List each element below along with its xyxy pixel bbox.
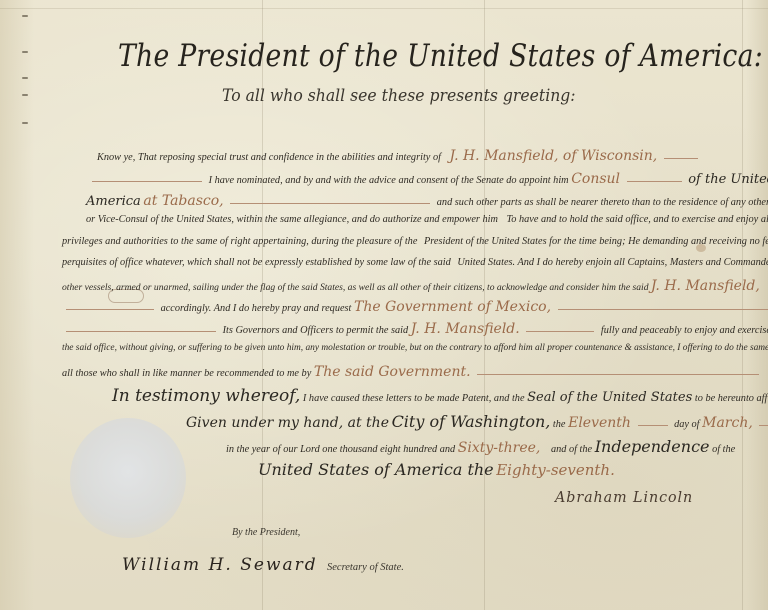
binding-mark: [22, 122, 28, 124]
host-government: The Government of Mexico,: [354, 299, 551, 315]
binding-mark: [22, 51, 28, 53]
body-text: Given under my hand, at the: [186, 415, 389, 431]
body-text: and of the: [551, 444, 592, 455]
body-text: the: [553, 419, 566, 430]
fold-line: [0, 8, 768, 9]
recommending-government: The said Government.: [314, 364, 471, 380]
binding-mark: [22, 94, 28, 96]
body-line-10: the said office, without giving, or suff…: [62, 343, 768, 353]
post-location: at Tabasco,: [143, 193, 223, 209]
independence-year: Eighty-seventh.: [496, 461, 615, 479]
fill-line: [477, 373, 759, 375]
fill-line: [638, 424, 668, 426]
body-text: to be hereunto affixed.: [695, 393, 768, 404]
city-name: City of Washington,: [392, 412, 551, 431]
fill-line: [627, 180, 682, 182]
body-text: United States of America the: [258, 460, 494, 479]
body-text: America: [86, 194, 141, 209]
appointee-name: J. H. Mansfield.: [411, 321, 520, 337]
body-text: I have nominated, and by and with the ad…: [209, 175, 569, 186]
body-text: accordingly. And I do hereby pray and re…: [161, 303, 352, 314]
body-text: of the: [712, 444, 735, 455]
body-text: Its Governors and Officers to permit the…: [223, 325, 409, 336]
binding-mark: [22, 15, 28, 17]
secretary-signature: William H. Seward: [122, 555, 318, 575]
body-text: all those who shall in like manner be re…: [62, 368, 311, 379]
body-text: Know ye, That reposing special trust and…: [97, 152, 441, 163]
testimony-line-2: Given under my hand, at the City of Wash…: [186, 412, 768, 431]
body-text: in the year of our Lord one thousand eig…: [226, 444, 455, 455]
body-text: United States. And I do hereby enjoin al…: [457, 257, 768, 268]
document-title: The President of the United States of Am…: [118, 38, 763, 74]
body-line-3: America at Tabasco, and such other parts…: [86, 193, 768, 209]
body-line-6: perquisites of office whatever, which sh…: [62, 257, 768, 268]
office-title: Consul: [571, 171, 620, 187]
fill-line: [759, 424, 768, 426]
date-year: Sixty-three,: [458, 440, 541, 456]
left-edge-shading: [0, 0, 34, 610]
commission-document: The President of the United States of Am…: [0, 0, 768, 610]
body-text: President of the United States for the t…: [424, 236, 768, 247]
date-day: Eleventh: [568, 415, 631, 431]
fill-line: [526, 330, 594, 332]
body-text: Independence: [595, 437, 710, 456]
fill-line: [92, 180, 202, 182]
body-text: fully and peaceably to enjoy and exercis…: [601, 325, 768, 336]
body-text: Seal of the United States: [527, 390, 692, 405]
testimony-heading: In testimony whereof,: [112, 386, 300, 406]
by-the-president-label: By the President,: [232, 527, 300, 538]
appointee-name: J. H. Mansfield, of Wisconsin,: [450, 148, 658, 164]
body-line-4: or Vice-Consul of the United States, wit…: [86, 214, 768, 225]
body-line-1: Know ye, That reposing special trust and…: [97, 148, 702, 164]
body-text: To have and to hold the said office, and…: [507, 214, 768, 225]
body-text: privileges and authorities to the same o…: [62, 236, 417, 247]
testimony-line-4: United States of America the Eighty-seve…: [258, 460, 615, 479]
body-text: perquisites of office whatever, which sh…: [62, 257, 451, 268]
body-text: the said office, without giving, or suff…: [62, 343, 768, 353]
body-line-9: Its Governors and Officers to permit the…: [62, 321, 768, 337]
greeting: To all who shall see these presents gree…: [222, 86, 576, 106]
body-line-5: privileges and authorities to the same o…: [62, 236, 768, 247]
fill-line: [66, 330, 216, 332]
fill-line: [66, 308, 154, 310]
body-line-2: I have nominated, and by and with the ad…: [88, 171, 768, 187]
fill-line: [230, 202, 430, 204]
fill-line: [664, 157, 698, 159]
testimony-line-3: in the year of our Lord one thousand eig…: [226, 437, 735, 456]
body-line-7: other vessels, armed or unarmed, sailing…: [62, 278, 760, 294]
body-text: day of: [674, 419, 699, 430]
body-line-11: all those who shall in like manner be re…: [62, 364, 763, 380]
body-text: other vessels, armed or unarmed, sailing…: [62, 282, 649, 293]
embossed-seal: [70, 418, 186, 538]
secretary-title: Secretary of State.: [327, 562, 404, 573]
body-text: of the United States of: [688, 172, 768, 187]
body-line-8: accordingly. And I do hereby pray and re…: [62, 299, 768, 315]
body-text: I have caused these letters to be made P…: [303, 393, 525, 404]
testimony-line-1: In testimony whereof, I have caused thes…: [112, 386, 768, 406]
appointee-name: J. H. Mansfield,: [651, 278, 760, 294]
president-signature: Abraham Lincoln: [555, 488, 693, 506]
date-month: March,: [702, 415, 753, 431]
body-text: or Vice-Consul of the United States, wit…: [86, 214, 498, 225]
body-text: and such other parts as shall be nearer …: [437, 197, 768, 208]
fill-line: [558, 308, 768, 310]
binding-mark: [22, 77, 28, 79]
